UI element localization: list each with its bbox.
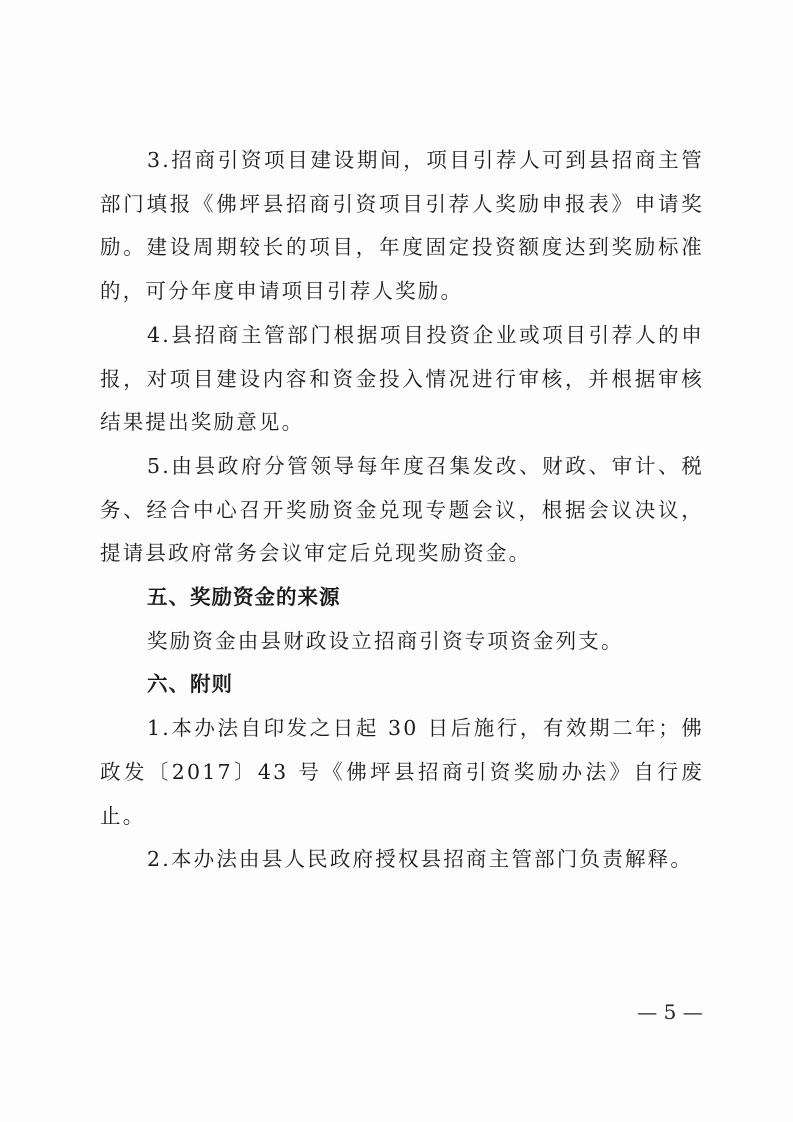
document-page: 3.招商引资项目建设期间，项目引荐人可到县招商主管部门填报《佛坪县招商引资项目引… <box>0 0 793 1122</box>
paragraph-fund-source: 奖励资金由县财政设立招商引资专项资金列支。 <box>100 620 704 664</box>
paragraph-5-fund-disbursement: 5.由县政府分管领导每年度召集发改、财政、审计、税务、经合中心召开奖励资金兑现专… <box>100 445 704 576</box>
paragraph-4-review: 4.县招商主管部门根据项目投资企业或项目引荐人的申报，对项目建设内容和资金投入情… <box>100 314 704 445</box>
paragraph-interpretation: 2.本办法由县人民政府授权县招商主管部门负责解释。 <box>100 838 704 882</box>
page-number: — 5 — <box>630 1000 710 1024</box>
document-body: 3.招商引资项目建设期间，项目引荐人可到县招商主管部门填报《佛坪县招商引资项目引… <box>100 139 704 882</box>
section-heading-fund-source: 五、奖励资金的来源 <box>100 576 704 620</box>
section-heading-supplementary: 六、附则 <box>100 663 704 707</box>
paragraph-3-referrer-application: 3.招商引资项目建设期间，项目引荐人可到县招商主管部门填报《佛坪县招商引资项目引… <box>100 139 704 314</box>
paragraph-effective-date: 1.本办法自印发之日起 30 日后施行，有效期二年；佛政发〔2017〕43 号《… <box>100 707 704 838</box>
